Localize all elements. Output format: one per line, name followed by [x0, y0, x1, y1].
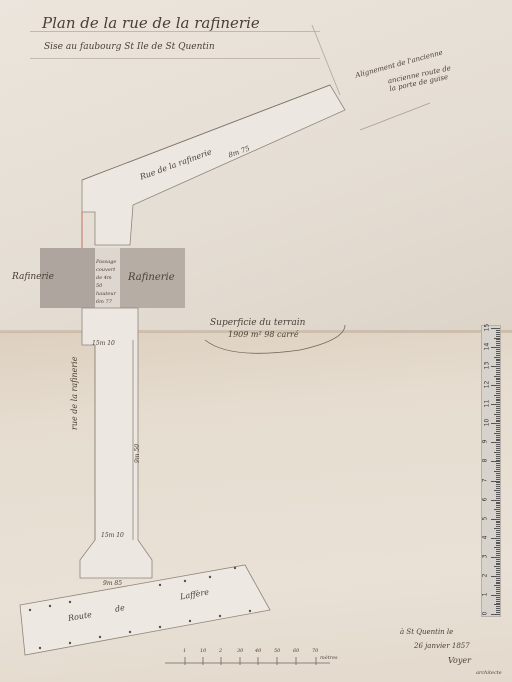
- ruler-tick: [496, 359, 500, 360]
- ruler-tick: [496, 532, 500, 533]
- ruler-tick: [496, 587, 500, 588]
- ruler-tick: [496, 427, 500, 428]
- ruler-tick: [496, 360, 500, 361]
- ruler-tick: [496, 406, 500, 407]
- ruler-tick: [496, 410, 500, 411]
- ruler-tick: [496, 456, 500, 457]
- ruler-tick: [496, 603, 500, 604]
- ruler-tick: [494, 528, 500, 529]
- ruler-tick: [496, 421, 500, 422]
- ruler-tick: [496, 399, 500, 400]
- ruler-tick: [494, 357, 500, 358]
- ruler-tick: [491, 461, 500, 462]
- ruler-tick: [496, 536, 500, 537]
- ruler-tick: [491, 442, 500, 443]
- ruler-tick: [496, 408, 500, 409]
- ruler-label: 6: [481, 497, 488, 501]
- ruler-tick: [491, 500, 500, 501]
- ruler-label: 7: [481, 478, 488, 482]
- ruler-label: 13: [483, 362, 490, 370]
- ruler-tick: [494, 452, 500, 453]
- ruler-tick: [496, 555, 500, 556]
- ruler-tick: [491, 423, 500, 424]
- scale-tick: 10: [200, 648, 206, 654]
- document-subtitle: Sise au faubourg St Ile de St Quentin: [44, 42, 215, 52]
- right-building-label: Rafinerie: [128, 272, 175, 283]
- ruler-tick: [496, 543, 500, 544]
- scale-tick: 50: [274, 648, 280, 654]
- ruler-tick: [496, 343, 500, 344]
- ruler-tick: [496, 513, 500, 514]
- ruler-tick: [496, 563, 500, 564]
- ruler-tick: [496, 412, 500, 413]
- ruler-tick: [496, 549, 500, 550]
- ruler-label: 3: [481, 554, 488, 558]
- ruler-tick: [496, 507, 500, 508]
- ruler-tick: [496, 517, 500, 518]
- ruler-label: 10: [483, 419, 490, 427]
- ruler-tick: [496, 349, 500, 350]
- ruler-tick: [496, 578, 500, 579]
- ruler-tick: [496, 446, 500, 447]
- ruler-tick: [494, 547, 500, 548]
- signature-date: 26 janvier 1857: [414, 642, 470, 650]
- ruler-tick: [496, 353, 500, 354]
- ruler-label: 14: [483, 343, 490, 351]
- ruler-tick: [494, 433, 500, 434]
- ruler-tick: [496, 458, 500, 459]
- ruler-tick: [496, 580, 500, 581]
- ruler-tick: [496, 496, 500, 497]
- ruler-tick: [496, 440, 500, 441]
- ruler-tick: [491, 538, 500, 539]
- signature-place: à St Quentin le: [400, 628, 453, 636]
- signature-role: architecte: [476, 670, 502, 676]
- ruler-tick: [496, 362, 500, 363]
- ruler-tick: [494, 585, 500, 586]
- ruler-tick: [496, 391, 500, 392]
- ruler-tick: [496, 420, 500, 421]
- ruler-label: 4: [481, 535, 488, 539]
- ruler-tick: [491, 519, 500, 520]
- scale-tick: 40: [255, 648, 261, 654]
- ruler-tick: [496, 597, 500, 598]
- ruler-tick: [496, 583, 500, 584]
- signature-name: Voyer: [448, 656, 471, 665]
- ruler-tick: [496, 492, 500, 493]
- ruler-label: 15: [483, 324, 490, 332]
- ruler-tick: [496, 570, 500, 571]
- ruler-tick: [491, 595, 500, 596]
- ruler-tick: [496, 591, 500, 592]
- ruler-tick: [496, 498, 500, 499]
- ruler-tick: [496, 393, 500, 394]
- lower-street-width: 9m 85: [103, 580, 122, 587]
- ruler-tick: [496, 381, 500, 382]
- scale-tick: 70: [312, 648, 318, 654]
- ruler-label: 2: [481, 573, 488, 577]
- ruler-tick: [491, 614, 500, 615]
- main-width-bottom: 15m 10: [101, 532, 124, 539]
- ruler-tick: [496, 397, 500, 398]
- ruler-tick: [496, 551, 500, 552]
- ruler-tick: [496, 593, 500, 594]
- ruler-tick: [496, 467, 500, 468]
- ruler-tick: [496, 368, 500, 369]
- ruler-tick: [496, 378, 500, 379]
- ruler-tick: [496, 477, 500, 478]
- ruler-tick: [496, 429, 500, 430]
- ruler-tick: [494, 395, 500, 396]
- ruler-tick: [496, 488, 500, 489]
- ruler-tick: [496, 601, 500, 602]
- ruler-tick: [496, 332, 500, 333]
- ruler-tick: [496, 364, 500, 365]
- ruler-tick: [496, 530, 500, 531]
- ruler-tick: [496, 465, 500, 466]
- measurement-ruler: 0123456789101112131415: [481, 325, 501, 617]
- ruler-tick: [491, 576, 500, 577]
- ruler-tick: [494, 509, 500, 510]
- ruler-tick: [496, 479, 500, 480]
- ruler-tick: [496, 568, 500, 569]
- ruler-tick: [496, 463, 500, 464]
- ruler-tick: [496, 484, 500, 485]
- ruler-tick: [496, 379, 500, 380]
- ruler-tick: [496, 336, 500, 337]
- ruler-tick: [496, 553, 500, 554]
- ruler-tick: [496, 439, 500, 440]
- ruler-tick: [496, 345, 500, 346]
- scale-unit: mètres: [320, 655, 338, 661]
- ruler-tick: [491, 404, 500, 405]
- ruler-tick: [496, 444, 500, 445]
- ruler-label: 1: [481, 593, 488, 597]
- ruler-tick: [496, 505, 500, 506]
- ruler-tick: [496, 608, 500, 609]
- ruler-tick: [496, 503, 500, 504]
- ruler-tick: [496, 542, 500, 543]
- ruler-tick: [494, 604, 500, 605]
- ruler-tick: [496, 599, 500, 600]
- ruler-tick: [496, 559, 500, 560]
- ruler-label: 11: [483, 400, 490, 408]
- ruler-tick: [496, 610, 500, 611]
- ruler-tick: [494, 490, 500, 491]
- ruler-tick: [496, 448, 500, 449]
- ruler-tick: [496, 454, 500, 455]
- ruler-tick: [496, 400, 500, 401]
- ruler-tick: [496, 425, 500, 426]
- ruler-tick: [496, 460, 500, 461]
- ruler-tick: [496, 330, 500, 331]
- ruler-tick: [496, 389, 500, 390]
- ruler-tick: [496, 545, 500, 546]
- ruler-tick: [496, 574, 500, 575]
- ruler-tick: [496, 469, 500, 470]
- ruler-tick: [496, 383, 500, 384]
- ruler-label: 0: [481, 612, 488, 616]
- main-width-mid: 9m 50: [134, 444, 141, 463]
- ruler-tick: [496, 486, 500, 487]
- ruler-label: 5: [481, 516, 488, 520]
- ruler-tick: [496, 355, 500, 356]
- ruler-tick: [496, 582, 500, 583]
- left-building-label: Rafinerie: [12, 272, 54, 282]
- ruler-tick: [496, 341, 500, 342]
- main-street-label: rue de la rafinerie: [70, 357, 79, 430]
- ruler-label: 8: [481, 459, 488, 463]
- ruler-tick: [496, 402, 500, 403]
- ruler-tick: [496, 351, 500, 352]
- ruler-tick: [494, 471, 500, 472]
- ruler-tick: [496, 612, 500, 613]
- ruler-tick: [496, 511, 500, 512]
- ruler-tick: [496, 435, 500, 436]
- ruler-tick: [496, 334, 500, 335]
- ruler-tick: [491, 366, 500, 367]
- ruler-tick: [496, 387, 500, 388]
- ruler-tick: [494, 338, 500, 339]
- ruler-tick: [496, 540, 500, 541]
- area-note-line2: 1909 m² 98 carré: [228, 330, 299, 339]
- main-width-top: 15m 10: [92, 340, 115, 347]
- ruler-tick: [496, 589, 500, 590]
- scale-tick: 30: [237, 648, 243, 654]
- ruler-label: 9: [481, 440, 488, 444]
- ruler-tick: [491, 385, 500, 386]
- ruler-tick: [496, 561, 500, 562]
- ruler-tick: [496, 524, 500, 525]
- ruler-tick: [496, 534, 500, 535]
- ruler-tick: [496, 416, 500, 417]
- ruler-tick: [496, 564, 500, 565]
- ruler-tick: [496, 522, 500, 523]
- ruler-tick: [496, 450, 500, 451]
- ruler-tick: [496, 374, 500, 375]
- ruler-tick: [496, 494, 500, 495]
- scale-tick: 2: [219, 648, 222, 654]
- ruler-tick: [496, 502, 500, 503]
- ruler-tick: [491, 481, 500, 482]
- ruler-tick: [496, 475, 500, 476]
- ruler-label: 12: [483, 381, 490, 389]
- street-plan-drawing: [0, 0, 512, 682]
- ruler-tick: [496, 473, 500, 474]
- passage-note: Passage couvert de 4m 50 hauteur 6m 77: [96, 258, 118, 306]
- ruler-tick: [496, 372, 500, 373]
- ruler-tick: [496, 482, 500, 483]
- area-note-line1: Superficie du terrain: [210, 318, 305, 328]
- ruler-tick: [494, 414, 500, 415]
- document-title: Plan de la rue de la rafinerie: [42, 14, 260, 32]
- scale-tick: 60: [293, 648, 299, 654]
- ruler-tick: [496, 515, 500, 516]
- ruler-tick: [496, 521, 500, 522]
- ruler-tick: [496, 572, 500, 573]
- ruler-tick: [496, 339, 500, 340]
- ruler-tick: [496, 606, 500, 607]
- ruler-tick: [496, 370, 500, 371]
- ruler-tick: [494, 566, 500, 567]
- ruler-tick: [491, 328, 500, 329]
- ruler-tick: [496, 431, 500, 432]
- scale-tick: 1: [183, 648, 186, 654]
- ruler-tick: [496, 437, 500, 438]
- ruler-tick: [496, 526, 500, 527]
- ruler-tick: [494, 376, 500, 377]
- lower-street-label-mid: de: [114, 603, 125, 614]
- ruler-tick: [491, 557, 500, 558]
- ruler-tick: [496, 418, 500, 419]
- ruler-tick: [491, 347, 500, 348]
